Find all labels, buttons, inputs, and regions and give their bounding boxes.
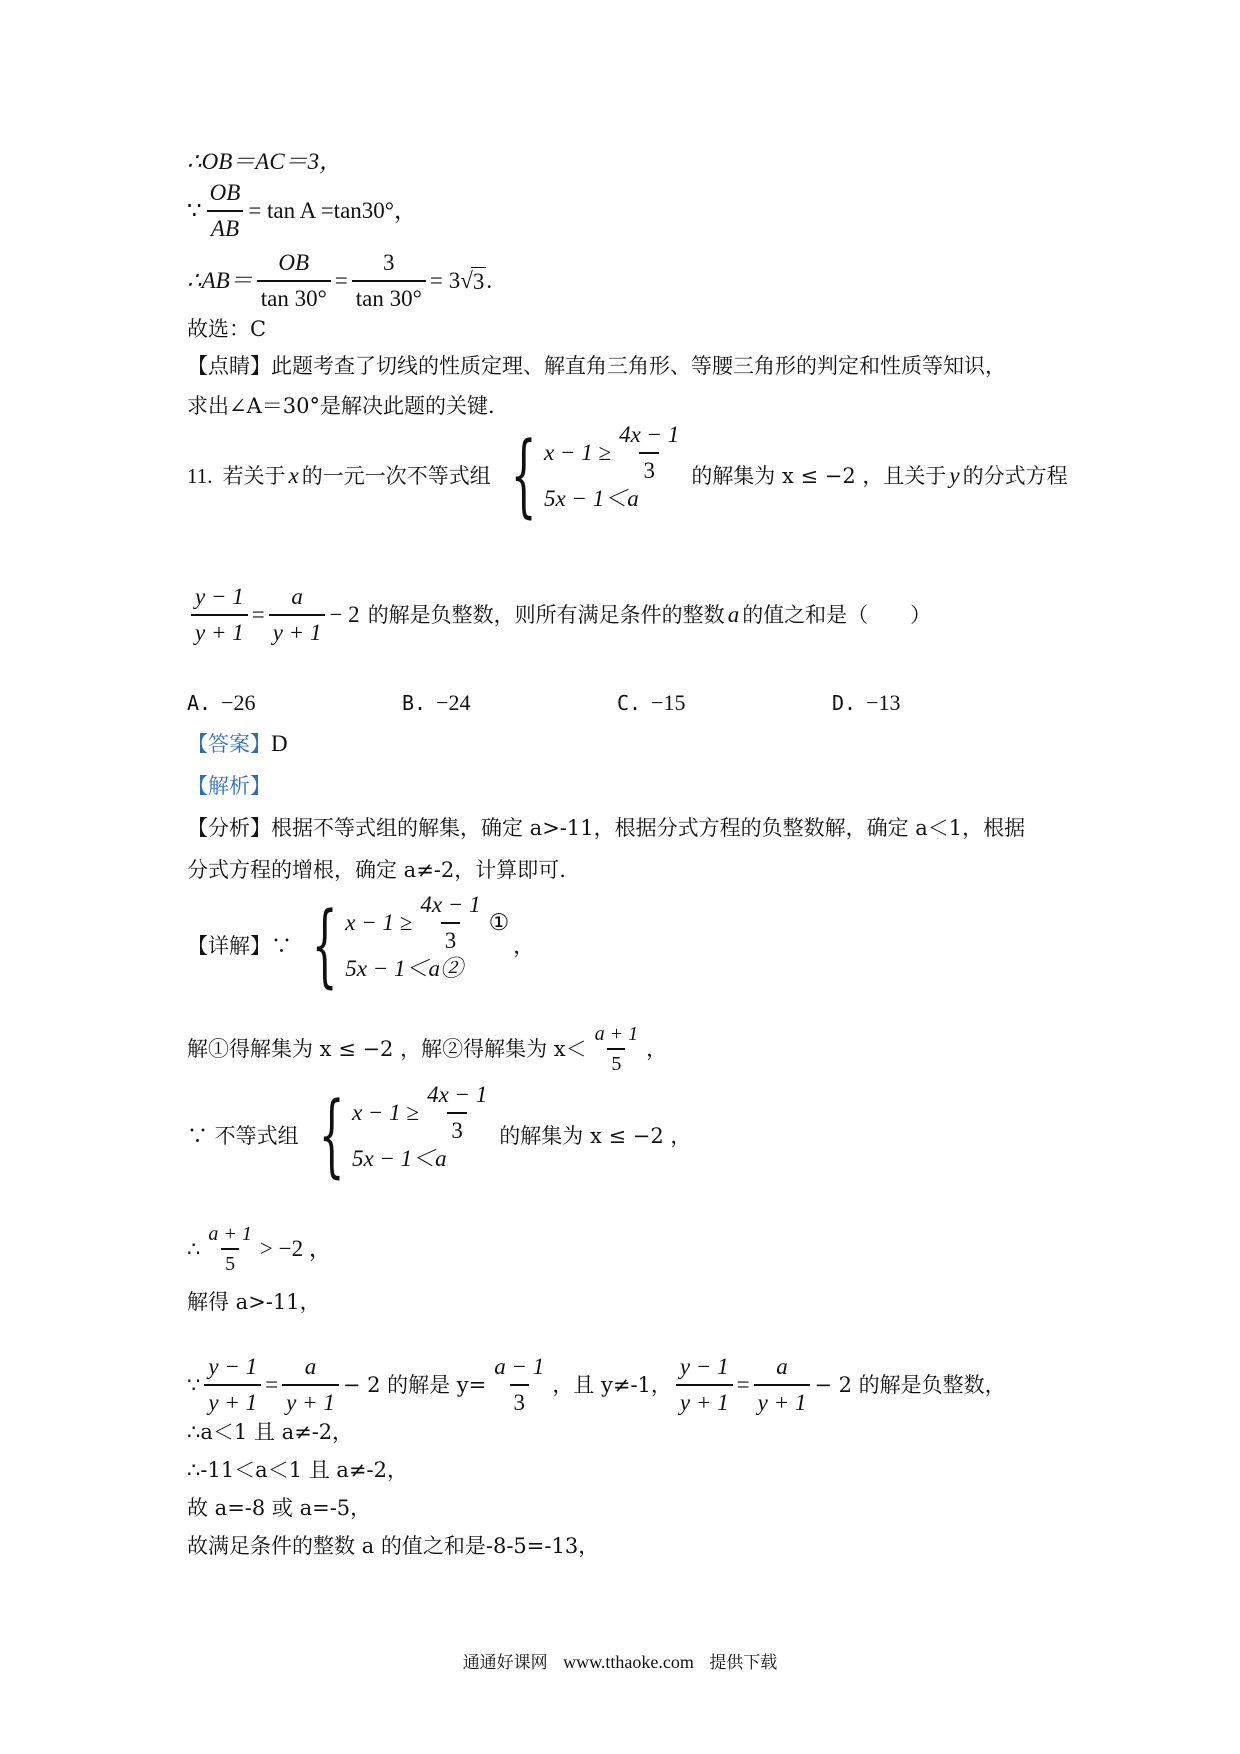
text: − 2 的解是 y= [343, 1371, 486, 1399]
detail-step-1: 解①得解集为 x ≤ −2 ，解②得解集为 x＜ a + 1 5 ， [187, 1022, 667, 1076]
text: 解①得解集为 x ≤ −2 ，解②得解集为 x＜ [187, 1035, 587, 1063]
text: 若关于 [222, 462, 285, 490]
page-footer: 通通好课网 www.tthaoke.com 提供下载 [0, 1648, 1240, 1673]
text: x − 1 ≥ [352, 1099, 419, 1127]
numerator: 4x − 1 [423, 1080, 491, 1112]
fraction: y − 1 y + 1 [191, 582, 248, 648]
radicand: 3 [471, 267, 487, 296]
text: ∴AB＝ [187, 267, 253, 295]
footer-url[interactable]: www.tthaoke.com [563, 1652, 694, 1672]
text: x − 1 ≥ [345, 909, 412, 937]
inequality-system: { x − 1 ≥ 4x − 1 3 5x − 1＜a [495, 430, 688, 522]
numerator: y − 1 [204, 1352, 261, 1384]
option-b[interactable]: B.−24 [402, 690, 617, 716]
numerator: a + 1 [204, 1222, 256, 1248]
text: 故满足条件的整数 a 的值之和是-8-5=-13， [187, 1532, 599, 1560]
numerator: 3 [379, 248, 399, 280]
fraction: a y + 1 [754, 1352, 811, 1418]
answer-line: 【答案】 D [187, 730, 288, 758]
numerator: y − 1 [191, 582, 248, 614]
denominator: y + 1 [269, 614, 326, 648]
inequality-system: { x − 1 ≥ 4x − 1 3 ① 5x − 1＜a② [296, 900, 509, 992]
question-number: 11. [187, 462, 212, 490]
numerator: 4x − 1 [416, 890, 484, 922]
option-label: B. [402, 691, 426, 715]
fenxi-line-1: 【分析】根据不等式组的解集，确定 a>-11，根据分式方程的负整数解，确定 a＜… [187, 814, 1025, 842]
system-row-2: 5x − 1＜a [352, 1136, 495, 1182]
system-row-1: x − 1 ≥ 4x − 1 3 ① [345, 900, 509, 946]
comma: ， [513, 932, 534, 960]
fraction: a y + 1 [282, 1352, 339, 1418]
denominator: 5 [221, 1248, 239, 1276]
text: ∴OB＝AC＝3， [187, 148, 342, 176]
footer-site-name: 通通好课网 [463, 1653, 548, 1673]
denominator: tan 30° [257, 280, 331, 314]
text: 5x − 1＜a [544, 485, 639, 513]
equals: = [335, 267, 348, 295]
system-row-2: 5x − 1＜a② [345, 946, 509, 992]
option-label: C. [617, 691, 641, 715]
brace-icon: { [510, 431, 536, 521]
text: 的解集为 x ≤ −2 ，且关于 [691, 462, 946, 490]
denominator: 3 [510, 1384, 530, 1418]
equals: = [737, 1371, 750, 1399]
fraction: a y + 1 [269, 582, 326, 648]
system-row-2: 5x − 1＜a [544, 476, 687, 522]
numerator: OB [274, 248, 313, 280]
brace-icon: { [318, 1091, 344, 1181]
denominator: tan 30° [352, 280, 426, 314]
text: 的分式方程 [963, 462, 1068, 490]
text: 的解是负整数，则所有满足条件的整数 [368, 601, 725, 629]
numerator: a − 1 [490, 1352, 548, 1384]
analysis-heading: 【解析】 [187, 772, 271, 800]
text: 的解集为 x ≤ −2 ， [499, 1122, 691, 1150]
footer-text: 提供下载 [709, 1653, 777, 1673]
option-value: −26 [221, 690, 255, 715]
fraction-ob-ab: OB AB [206, 178, 245, 244]
text: ∴a＜1 且 a≠-2， [187, 1418, 353, 1446]
comma: ， [646, 1035, 667, 1063]
period: . [486, 267, 492, 295]
fraction: y − 1 y + 1 [676, 1352, 733, 1418]
text: − 2 的解是负整数， [814, 1371, 1005, 1399]
text: 解得 a>-11， [187, 1288, 321, 1316]
option-value: −15 [651, 690, 685, 715]
text: − 2 [329, 601, 359, 629]
coefficient: 3 [449, 267, 461, 295]
system-row-1: x − 1 ≥ 4x − 1 3 [352, 1090, 495, 1136]
text: 5x − 1＜a② [345, 955, 463, 983]
question-11-line-1: 11. 若关于 x 的一元一次不等式组 { x − 1 ≥ 4x − 1 3 5… [187, 430, 1068, 522]
text: ∴-11＜a＜1 且 a≠-2， [187, 1456, 408, 1484]
fraction: a + 1 5 [591, 1022, 643, 1076]
because-symbol: ∵ [187, 197, 202, 225]
dianjing-line-2: 求出∠A＝30°是解决此题的关键. [187, 392, 495, 420]
text: ∵ 不等式组 [187, 1122, 299, 1150]
detail-step-6: ∴a＜1 且 a≠-2， [187, 1418, 353, 1446]
system-row-1: x − 1 ≥ 4x − 1 3 [544, 430, 687, 476]
question-11-line-2: y − 1 y + 1 = a y + 1 − 2 的解是负整数，则所有满足条件… [187, 582, 931, 648]
var-x: x [288, 462, 298, 490]
therefore-symbol: ∴ [187, 1235, 200, 1263]
text: > −2 ， [260, 1235, 332, 1263]
fenxi-line-2: 分式方程的增根，确定 a≠-2，计算即可. [187, 856, 566, 884]
denominator: y + 1 [282, 1384, 339, 1418]
denominator: y + 1 [676, 1384, 733, 1418]
var-y: y [949, 462, 959, 490]
text: 【分析】根据不等式组的解集，确定 a>-11，根据分式方程的负整数解，确定 a＜… [187, 814, 1025, 842]
denominator: y + 1 [191, 614, 248, 648]
detail-step-2: ∵ 不等式组 { x − 1 ≥ 4x − 1 3 5x − 1＜a 的解集为 … [187, 1090, 691, 1182]
numerator: a [301, 1352, 321, 1384]
detail-system: 【详解】∵ { x − 1 ≥ 4x − 1 3 ① 5x − 1＜a② ， [187, 900, 534, 992]
fraction: a − 1 3 [490, 1352, 548, 1418]
text: 的值之和是（ ） [742, 601, 931, 629]
equals: = [252, 601, 265, 629]
answer-options: A.−26 B.−24 C.−15 D.−13 [187, 690, 1047, 716]
text: 【点睛】此题考查了切线的性质定理、解直角三角形、等腰三角形的判定和性质等知识， [187, 352, 1006, 380]
text: 的一元一次不等式组 [302, 462, 491, 490]
text: = tan A =tan30°， [248, 197, 417, 225]
detail-label: 【详解】∵ [187, 932, 292, 960]
text: 5x − 1＜a [352, 1145, 447, 1173]
inequality-system: { x − 1 ≥ 4x − 1 3 5x − 1＜a [303, 1090, 496, 1182]
numerator: a [772, 1352, 792, 1384]
equals: = [265, 1371, 278, 1399]
option-c[interactable]: C.−15 [617, 690, 832, 716]
option-d[interactable]: D.−13 [832, 690, 1047, 716]
option-a[interactable]: A.−26 [187, 690, 402, 716]
denominator: 5 [607, 1048, 625, 1076]
numerator: 4x − 1 [615, 420, 683, 452]
detail-step-4: 解得 a>-11， [187, 1288, 321, 1316]
numerator: OB [206, 178, 245, 210]
detail-step-3: ∴ a + 1 5 > −2 ， [187, 1222, 332, 1276]
choose-line: 故选：C [187, 315, 266, 343]
text: 求出∠A＝30°是解决此题的关键. [187, 392, 495, 420]
circled-one: ① [489, 909, 510, 937]
step-tan-ratio: ∵ OB AB = tan A =tan30°， [187, 178, 417, 244]
denominator: AB [207, 210, 243, 244]
step-ab-value: ∴AB＝ OB tan 30° = 3 tan 30° = 3 √3 . [187, 248, 492, 314]
brace-icon: { [312, 901, 338, 991]
fraction-3-tan30: 3 tan 30° [352, 248, 426, 314]
numerator: y − 1 [676, 1352, 733, 1384]
option-value: −13 [866, 690, 900, 715]
option-label: A. [187, 691, 211, 715]
detail-step-7: ∴-11＜a＜1 且 a≠-2， [187, 1456, 408, 1484]
fraction-ob-tan30: OB tan 30° [257, 248, 331, 314]
step-ob-equals-ac: ∴OB＝AC＝3， [187, 148, 342, 176]
fraction: y − 1 y + 1 [204, 1352, 261, 1418]
fraction: a + 1 5 [204, 1222, 256, 1276]
numerator: a [287, 582, 307, 614]
text: 分式方程的增根，确定 a≠-2，计算即可. [187, 856, 566, 884]
denominator: y + 1 [754, 1384, 811, 1418]
numerator: a + 1 [591, 1022, 643, 1048]
dianjing-line-1: 【点睛】此题考查了切线的性质定理、解直角三角形、等腰三角形的判定和性质等知识， [187, 352, 1006, 380]
option-value: −24 [436, 690, 470, 715]
denominator: y + 1 [204, 1384, 261, 1418]
analysis-label: 【解析】 [187, 772, 271, 800]
answer-label: 【答案】 [187, 730, 271, 758]
detail-step-9: 故满足条件的整数 a 的值之和是-8-5=-13， [187, 1532, 599, 1560]
var-a: a [728, 601, 740, 629]
equals: = [430, 267, 443, 295]
detail-step-5: ∵ y − 1 y + 1 = a y + 1 − 2 的解是 y= a − 1… [187, 1352, 1006, 1418]
because-symbol: ∵ [187, 1371, 200, 1399]
detail-step-8: 故 a=-8 或 a=-5， [187, 1494, 371, 1522]
text: 故 a=-8 或 a=-5， [187, 1494, 371, 1522]
answer-value: D [271, 730, 288, 758]
text: ，且 y≠-1， [552, 1371, 672, 1399]
text: x − 1 ≥ [544, 439, 611, 467]
text: 故选：C [187, 315, 266, 343]
option-label: D. [832, 691, 856, 715]
